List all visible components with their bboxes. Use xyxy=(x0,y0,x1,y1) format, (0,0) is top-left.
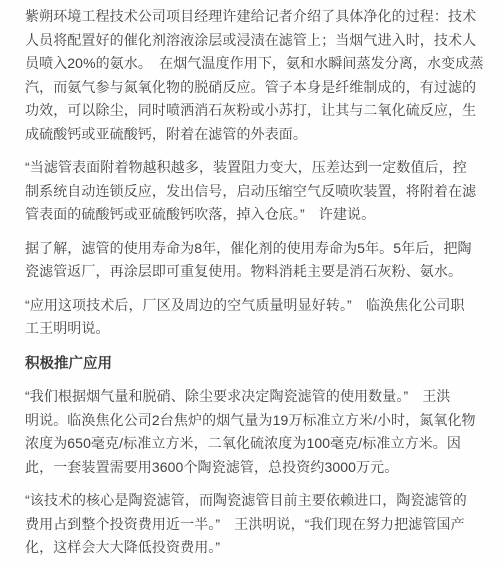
article-page: { "page": { "background_color": "#fefefe… xyxy=(0,0,504,567)
news-article: 紫朔环境工程技术公司项目经理许建给记者介绍了具体净化的过程：技术 人员将配置好的… xyxy=(0,0,504,567)
paragraph-filter-tube-quantity: “我们根据烟气量和脱硝、除尘要求决定陶瓷滤管的使用数量。” 王洪 明说。临涣焦化… xyxy=(25,385,504,479)
paragraph-air-quality-quote: “应用这项技术后，厂区及周边的空气质量明显好转。” 临涣焦化公司职 工王明明说。 xyxy=(25,294,504,341)
paragraph-backflush-mechanism: “当滤管表面附着物越积越多，装置阻力变大，压差达到一定数值后，控 制系统自动连锁… xyxy=(25,156,504,227)
paragraph-purification-process: 紫朔环境工程技术公司项目经理许建给记者介绍了具体净化的过程：技术 人员将配置好的… xyxy=(25,5,504,146)
paragraph-service-life: 据了解，滤管的使用寿命为8年，催化剂的使用寿命为5年。5年后，把陶 瓷滤管返厂，… xyxy=(25,237,504,284)
section-heading-promotion: 积极推广应用 xyxy=(25,353,504,377)
paragraph-import-cost: “该技术的核心是陶瓷滤管，而陶瓷滤管目前主要依赖进口，陶瓷滤管的 费用占到整个投… xyxy=(25,489,504,560)
